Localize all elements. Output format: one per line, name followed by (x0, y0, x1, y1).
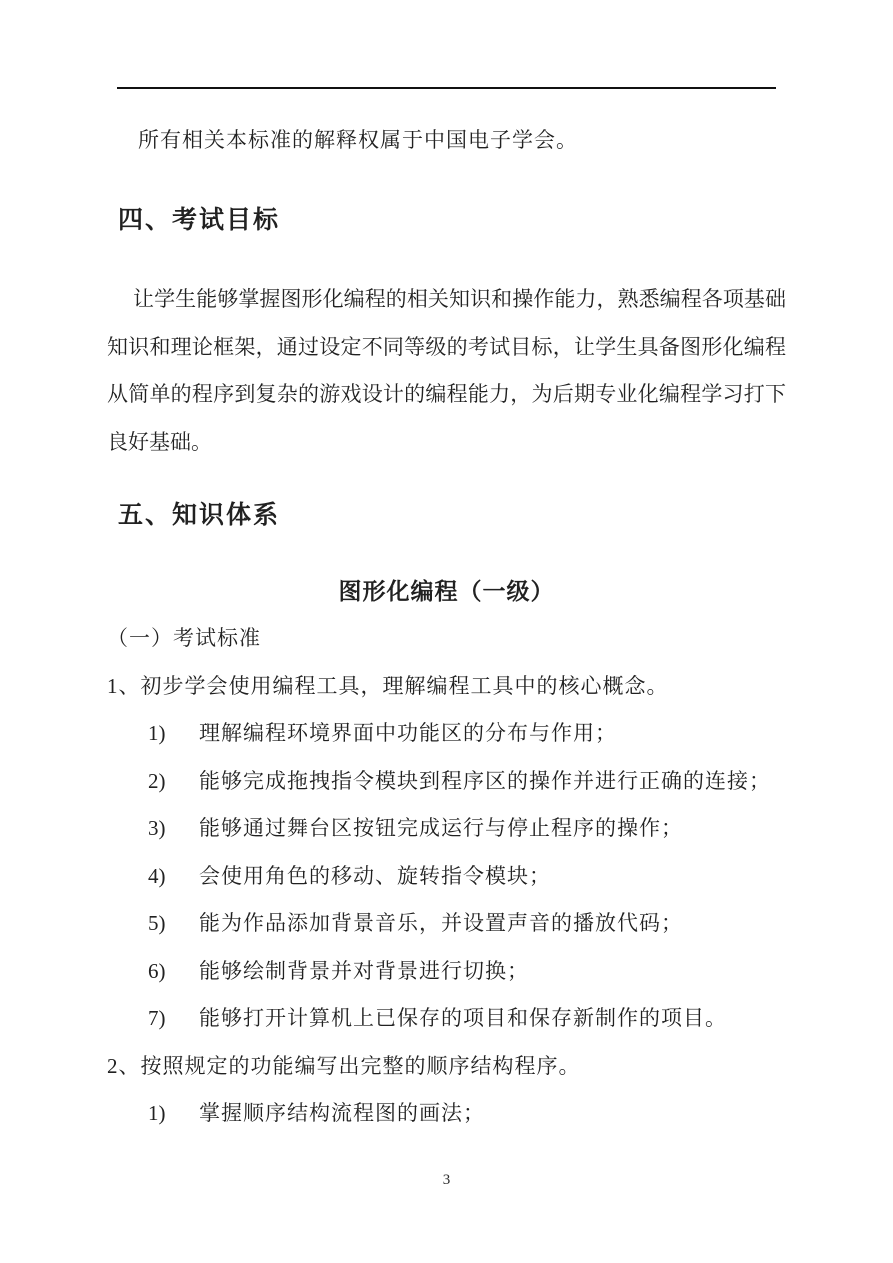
sub-item: 6)能够绘制背景并对背景进行切换； (107, 948, 786, 996)
sub-item-text: 能够绘制背景并对背景进行切换； (199, 959, 529, 983)
paragraph-line: 良好基础。 (107, 419, 786, 467)
sub-item-number: 3) (148, 805, 199, 853)
level-title: 图形化编程（一级） (107, 568, 786, 616)
sub-item-number: 7) (148, 995, 199, 1043)
intro-paragraph: 所有相关本标准的解释权属于中国电子学会。 (107, 117, 786, 165)
sub-item-number: 4) (148, 853, 199, 901)
sub-item-text: 会使用角色的移动、旋转指令模块； (199, 864, 551, 888)
section-4-heading: 四、考试目标 (118, 197, 786, 245)
sub-item-number: 5) (148, 900, 199, 948)
exam-standard-heading: （一）考试标准 (107, 615, 786, 663)
sub-item-number: 2) (148, 758, 199, 806)
list-item-text: 初步学会使用编程工具，理解编程工具中的核心概念。 (141, 674, 669, 698)
section-5-heading: 五、知识体系 (118, 492, 786, 540)
document-page: 所有相关本标准的解释权属于中国电子学会。 四、考试目标 让学生能够掌握图形化编程… (0, 0, 893, 1263)
sub-item: 1)理解编程环境界面中功能区的分布与作用； (107, 710, 786, 758)
list-item-text: 按照规定的功能编写出完整的顺序结构程序。 (141, 1054, 581, 1078)
sub-item-text: 掌握顺序结构流程图的画法； (199, 1101, 485, 1125)
sub-item-number: 6) (148, 948, 199, 996)
paragraph-line: 从简单的程序到复杂的游戏设计的编程能力，为后期专业化编程学习打下 (107, 371, 786, 419)
section-4-paragraph: 让学生能够掌握图形化编程的相关知识和操作能力，熟悉编程各项基础 知识和理论框架，… (107, 276, 786, 466)
sub-item-text: 能为作品添加背景音乐，并设置声音的播放代码； (199, 911, 683, 935)
sub-item-text: 能够打开计算机上已保存的项目和保存新制作的项目。 (199, 1006, 727, 1030)
sub-item-text: 能够完成拖拽指令模块到程序区的操作并进行正确的连接； (199, 769, 771, 793)
sub-item-number: 1) (148, 710, 199, 758)
sub-item: 3)能够通过舞台区按钮完成运行与停止程序的操作； (107, 805, 786, 853)
sub-item: 4)会使用角色的移动、旋转指令模块； (107, 853, 786, 901)
sub-item: 2)能够完成拖拽指令模块到程序区的操作并进行正确的连接； (107, 758, 786, 806)
sub-item-number: 1) (148, 1090, 199, 1138)
list-item-2: 2、按照规定的功能编写出完整的顺序结构程序。 (107, 1043, 786, 1091)
sub-item-text: 能够通过舞台区按钮完成运行与停止程序的操作； (199, 816, 683, 840)
paragraph-line: 让学生能够掌握图形化编程的相关知识和操作能力，熟悉编程各项基础 (107, 276, 786, 324)
list-item-label: 2、 (107, 1054, 141, 1078)
list-item-label: 1、 (107, 674, 141, 698)
document-content: 所有相关本标准的解释权属于中国电子学会。 四、考试目标 让学生能够掌握图形化编程… (107, 117, 786, 1138)
sub-item: 7)能够打开计算机上已保存的项目和保存新制作的项目。 (107, 995, 786, 1043)
sub-item: 5)能为作品添加背景音乐，并设置声音的播放代码； (107, 900, 786, 948)
sub-item: 1)掌握顺序结构流程图的画法； (107, 1090, 786, 1138)
header-rule (117, 87, 776, 89)
list-item-1: 1、初步学会使用编程工具，理解编程工具中的核心概念。 (107, 663, 786, 711)
paragraph-line: 知识和理论框架，通过设定不同等级的考试目标，让学生具备图形化编程 (107, 324, 786, 372)
sub-item-text: 理解编程环境界面中功能区的分布与作用； (199, 721, 617, 745)
page-number: 3 (0, 1168, 893, 1192)
